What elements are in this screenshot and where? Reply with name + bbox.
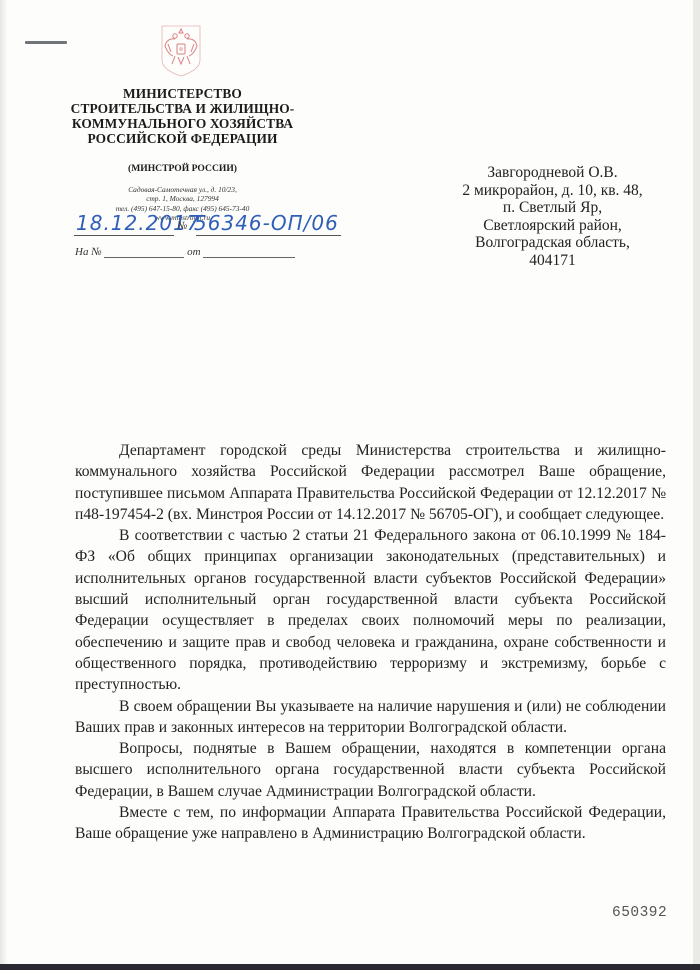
body-paragraph: Департамент городской среды Министерства… (75, 440, 666, 525)
ministry-name-line: РОССИЙСКОЙ ФЕДЕРАЦИИ (60, 131, 305, 146)
reference-from-label: от (187, 246, 200, 258)
ministry-name-line: МИНИСТЕРСТВО (60, 86, 305, 101)
reference-prefix: На № (75, 246, 102, 258)
reference-line: На № от (75, 246, 295, 258)
addressee-block: Завгородневой О.В. 2 микрорайон, д. 10, … (425, 164, 680, 269)
letter-body: Департамент городской среды Министерства… (75, 440, 666, 845)
reference-number-blank (104, 247, 184, 258)
address-line: стр. 1, Москва, 127994 (60, 194, 305, 203)
body-paragraph: Вместе с тем, по информации Аппарата Пра… (75, 802, 666, 845)
letterhead: МИНИСТЕРСТВО СТРОИТЕЛЬСТВА И ЖИЛИЩНО- КО… (60, 86, 305, 223)
addressee-name: Завгородневой О.В. (425, 164, 680, 182)
registration-line: 18.12.2017 № 56346-ОП/06 (74, 213, 354, 237)
addressee-line: п. Светлый Яр, (425, 199, 680, 217)
number-underline (196, 235, 341, 236)
ministry-name-line: СТРОИТЕЛЬСТВА И ЖИЛИЩНО- (60, 101, 305, 116)
scan-edge (693, 0, 700, 964)
number-sign: № (177, 220, 187, 232)
addressee-line: Волгоградская область, (425, 234, 680, 252)
ministry-short-name: (МИНСТРОЙ РОССИИ) (60, 163, 305, 174)
addressee-line: Светлоярский район, (425, 217, 680, 235)
reference-date-blank (203, 247, 295, 258)
body-paragraph: Вопросы, поднятые в Вашем обращении, нах… (75, 738, 666, 802)
date-underline (74, 235, 174, 236)
addressee-postcode: 404171 (425, 252, 680, 270)
addressee-line: 2 микрорайон, д. 10, кв. 48, (425, 182, 680, 200)
address-line: Садовая-Самотечная ул., д. 10/23, (60, 185, 305, 194)
letter-page: МИНИСТЕРСТВО СТРОИТЕЛЬСТВА И ЖИЛИЩНО- КО… (0, 0, 693, 964)
ministry-name-line: КОММУНАЛЬНОГО ХОЗЯЙСТВА (60, 116, 305, 131)
ministry-name: МИНИСТЕРСТВО СТРОИТЕЛЬСТВА И ЖИЛИЩНО- КО… (60, 86, 305, 146)
margin-dash-mark (25, 41, 67, 44)
document-code: 650392 (612, 905, 667, 921)
body-paragraph: В своем обращении Вы указываете на налич… (75, 696, 666, 739)
handwritten-number: 56346-ОП/06 (194, 211, 339, 235)
page-edge-shadow (0, 0, 8, 964)
coat-of-arms-icon (158, 24, 204, 78)
body-paragraph: В соответствии с частью 2 статьи 21 Феде… (75, 525, 666, 695)
